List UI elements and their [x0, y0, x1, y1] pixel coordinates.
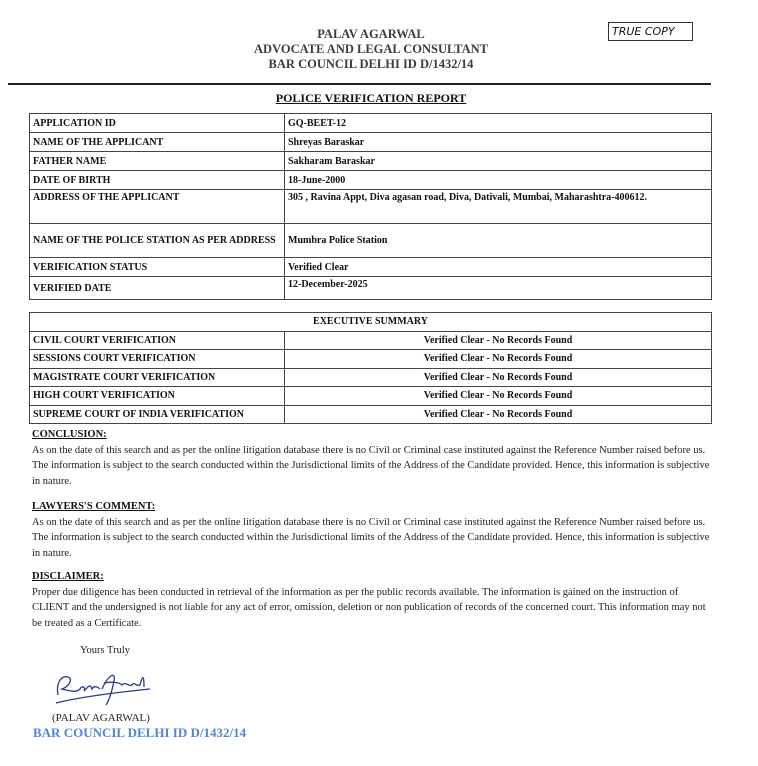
detail-value: Verified Clear [285, 258, 712, 277]
disclaimer-heading: DISCLAIMER: [32, 569, 712, 585]
conclusion-text: As on the date of this search and as per… [32, 443, 712, 490]
detail-value: Shreyas Baraskar [285, 133, 712, 152]
lawyers-comment-section: LAWYERS'S COMMENT: As on the date of thi… [32, 499, 712, 561]
advocate-designation: ADVOCATE AND LEGAL CONSULTANT [0, 42, 742, 57]
advocate-bar-id: BAR COUNCIL DELHI ID D/1432/14 [0, 57, 742, 72]
table-row: NAME OF THE APPLICANT Shreyas Baraskar [30, 133, 712, 152]
detail-label: VERIFICATION STATUS [30, 258, 285, 277]
table-row: APPLICATION ID GQ-BEET-12 [30, 114, 712, 133]
table-row: ADDRESS OF THE APPLICANT 305 , Ravina Ap… [30, 190, 712, 224]
lawyers-comment-heading: LAWYERS'S COMMENT: [32, 499, 712, 515]
table-row: SUPREME COURT OF INDIA VERIFICATION Veri… [30, 405, 712, 424]
detail-value: 305 , Ravina Appt, Diva agasan road, Div… [285, 190, 712, 224]
detail-label: ADDRESS OF THE APPLICANT [30, 190, 285, 224]
table-row: MAGISTRATE COURT VERIFICATION Verified C… [30, 368, 712, 387]
table-row: SESSIONS COURT VERIFICATION Verified Cle… [30, 350, 712, 369]
detail-value: GQ-BEET-12 [285, 114, 712, 133]
table-header-row: EXECUTIVE SUMMARY [30, 313, 712, 332]
summary-value: Verified Clear - No Records Found [285, 350, 712, 369]
summary-value: Verified Clear - No Records Found [285, 331, 712, 350]
detail-label: DATE OF BIRTH [30, 171, 285, 190]
summary-value: Verified Clear - No Records Found [285, 387, 712, 406]
detail-value: 18-June-2000 [285, 171, 712, 190]
detail-label: NAME OF THE POLICE STATION AS PER ADDRES… [30, 224, 285, 258]
detail-value: 12-December-2025 [285, 277, 712, 300]
signatory-bar-id: BAR COUNCIL DELHI ID D/1432/14 [33, 725, 246, 741]
summary-value: Verified Clear - No Records Found [285, 368, 712, 387]
applicant-details-table: APPLICATION ID GQ-BEET-12 NAME OF THE AP… [29, 113, 712, 300]
header-divider [8, 83, 711, 85]
executive-summary-table: EXECUTIVE SUMMARY CIVIL COURT VERIFICATI… [29, 312, 712, 424]
signature-icon [50, 665, 160, 710]
true-copy-stamp: TRUE COPY [608, 22, 693, 41]
table-row: VERIFICATION STATUS Verified Clear [30, 258, 712, 277]
table-row: VERIFIED DATE 12-December-2025 [30, 277, 712, 300]
detail-label: FATHER NAME [30, 152, 285, 171]
table-row: DATE OF BIRTH 18-June-2000 [30, 171, 712, 190]
table-row: NAME OF THE POLICE STATION AS PER ADDRES… [30, 224, 712, 258]
detail-label: APPLICATION ID [30, 114, 285, 133]
conclusion-section: CONCLUSION: As on the date of this searc… [32, 427, 712, 489]
table-row: CIVIL COURT VERIFICATION Verified Clear … [30, 331, 712, 350]
signatory-name: (PALAV AGARWAL) [52, 712, 150, 724]
disclaimer-section: DISCLAIMER: Proper due diligence has bee… [32, 569, 712, 631]
table-row: FATHER NAME Sakharam Baraskar [30, 152, 712, 171]
summary-label: SESSIONS COURT VERIFICATION [30, 350, 285, 369]
detail-value: Mumbra Police Station [285, 224, 712, 258]
summary-label: CIVIL COURT VERIFICATION [30, 331, 285, 350]
report-title: POLICE VERIFICATION REPORT [0, 91, 742, 106]
conclusion-heading: CONCLUSION: [32, 427, 712, 443]
detail-label: VERIFIED DATE [30, 277, 285, 300]
summary-label: MAGISTRATE COURT VERIFICATION [30, 368, 285, 387]
detail-value: Sakharam Baraskar [285, 152, 712, 171]
summary-title: EXECUTIVE SUMMARY [30, 313, 712, 332]
summary-label: SUPREME COURT OF INDIA VERIFICATION [30, 405, 285, 424]
summary-label: HIGH COURT VERIFICATION [30, 387, 285, 406]
closing-text: Yours Truly [80, 645, 130, 656]
table-row: HIGH COURT VERIFICATION Verified Clear -… [30, 387, 712, 406]
lawyers-comment-text: As on the date of this search and as per… [32, 515, 712, 562]
detail-label: NAME OF THE APPLICANT [30, 133, 285, 152]
disclaimer-text: Proper due diligence has been conducted … [32, 585, 712, 632]
summary-value: Verified Clear - No Records Found [285, 405, 712, 424]
